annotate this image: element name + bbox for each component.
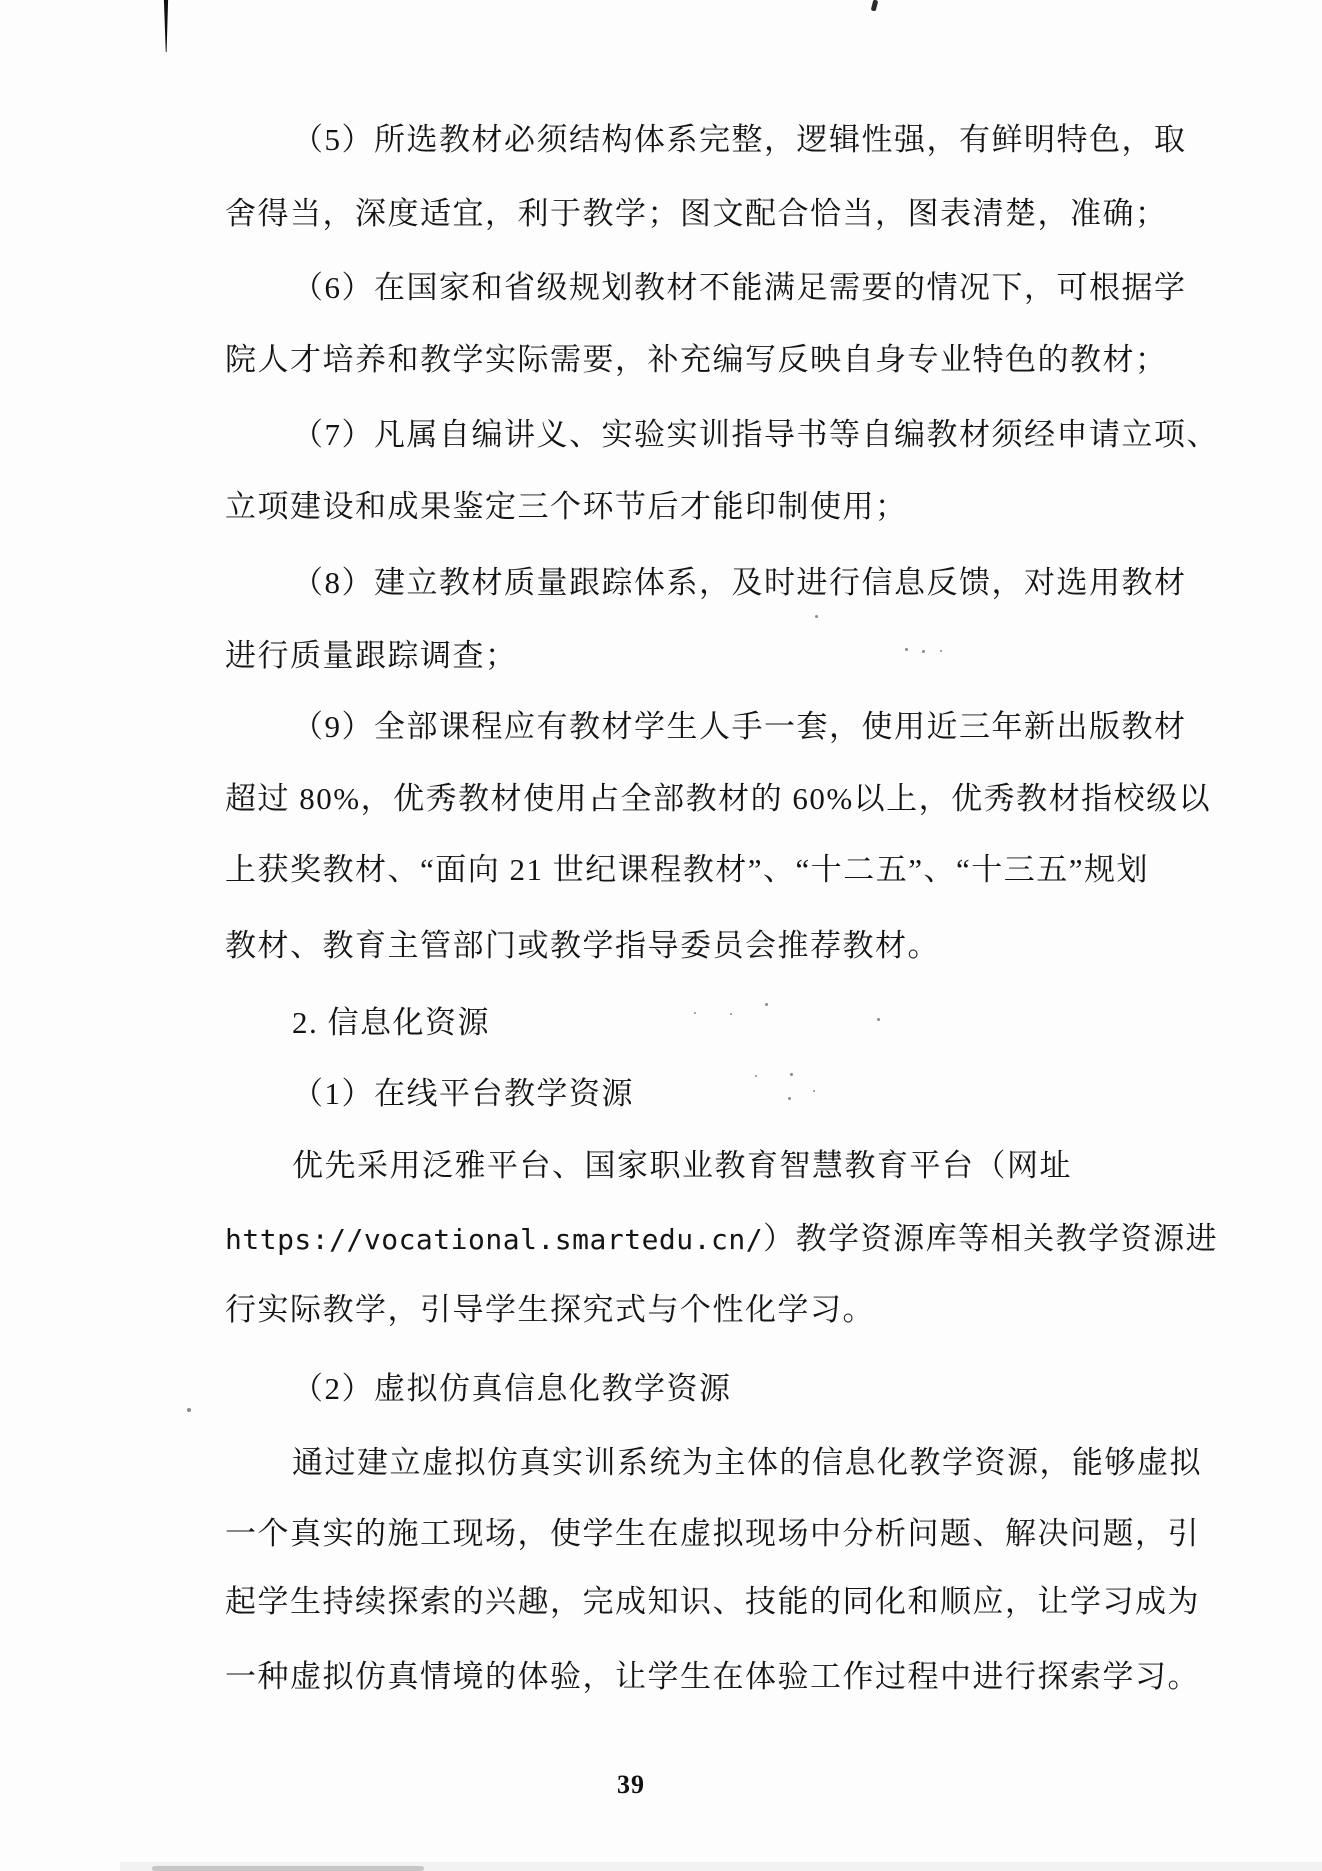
body-text-line: 立项建设和成果鉴定三个环节后才能印制使用；: [225, 487, 908, 527]
section-heading: 2. 信息化资源: [292, 1003, 490, 1043]
page-number: 39: [0, 1770, 1262, 1800]
url-text: https://vocational.smartedu.cn/: [225, 1223, 763, 1256]
scan-speck: [790, 1073, 793, 1076]
scan-speck: [730, 1013, 732, 1015]
body-text-line: 通过建立虚拟仿真实训系统为主体的信息化教学资源，能够虚拟: [292, 1443, 1202, 1483]
scan-speck: [694, 1012, 696, 1014]
body-text-line: 超过 80%，优秀教材使用占全部教材的 60%以上，优秀教材指校级以: [225, 779, 1211, 819]
scan-speck: [871, 0, 879, 11]
scan-speck: [922, 650, 925, 653]
scan-speck: [765, 1003, 768, 1006]
scan-speck: [788, 1097, 791, 1100]
body-text-line: （7）凡属自编讲义、实验实训指导书等自编教材须经申请立项、: [292, 415, 1219, 455]
body-text-line: 院人才培养和教学实际需要，补充编写反映自身专业特色的教材；: [225, 340, 1168, 380]
scan-vertical-streak: [163, 0, 169, 52]
body-text-line: 优先采用泛雅平台、国家职业教育智慧教育平台（网址: [292, 1146, 1072, 1186]
body-text-line: 舍得当，深度适宜，利于教学；图文配合恰当，图表清楚，准确；: [225, 194, 1168, 234]
body-text-segment: ）教学资源库等相关教学资源进: [763, 1221, 1218, 1256]
subsection-heading: （2）虚拟仿真信息化教学资源: [292, 1369, 732, 1409]
body-text-line: 起学生持续探索的兴趣，完成知识、技能的同化和顺应，让学习成为: [225, 1582, 1200, 1622]
subsection-heading: （1）在线平台教学资源: [292, 1074, 634, 1114]
body-text-line: （8）建立教材质量跟踪体系，及时进行信息反馈，对选用教材: [292, 563, 1187, 603]
scan-speck: [813, 1090, 815, 1092]
body-text-line: https://vocational.smartedu.cn/）教学资源库等相关…: [225, 1219, 1218, 1260]
body-text-line: （9）全部课程应有教材学生人手一套，使用近三年新出版教材: [292, 707, 1187, 747]
scan-speck: [905, 648, 908, 651]
scan-speck: [187, 1408, 191, 1412]
scanned-document-page: （5）所选教材必须结构体系完整，逻辑性强，有鲜明特色，取 舍得当，深度适宜，利于…: [0, 0, 1322, 1871]
scan-speck: [940, 650, 942, 652]
scan-speck: [755, 1075, 757, 1077]
body-text-line: 教材、教育主管部门或教学指导委员会推荐教材。: [225, 926, 940, 966]
body-text-line: 上获奖教材、“面向 21 世纪课程教材”、“十二五”、“十三五”规划: [225, 850, 1149, 890]
scan-bottom-smudge: [152, 1866, 424, 1871]
scan-speck: [815, 615, 818, 618]
body-text-line: （6）在国家和省级规划教材不能满足需要的情况下，可根据学: [292, 268, 1187, 308]
body-text-line: 一个真实的施工现场，使学生在虚拟现场中分析问题、解决问题，引: [225, 1514, 1200, 1554]
body-text-line: 一种虚拟仿真情境的体验，让学生在体验工作过程中进行探索学习。: [225, 1657, 1200, 1697]
scan-speck: [877, 1018, 880, 1021]
body-text-line: 进行质量跟踪调查；: [225, 636, 518, 676]
body-text-line: 行实际教学，引导学生探究式与个性化学习。: [225, 1290, 875, 1330]
body-text-line: （5）所选教材必须结构体系完整，逻辑性强，有鲜明特色，取: [292, 120, 1187, 160]
